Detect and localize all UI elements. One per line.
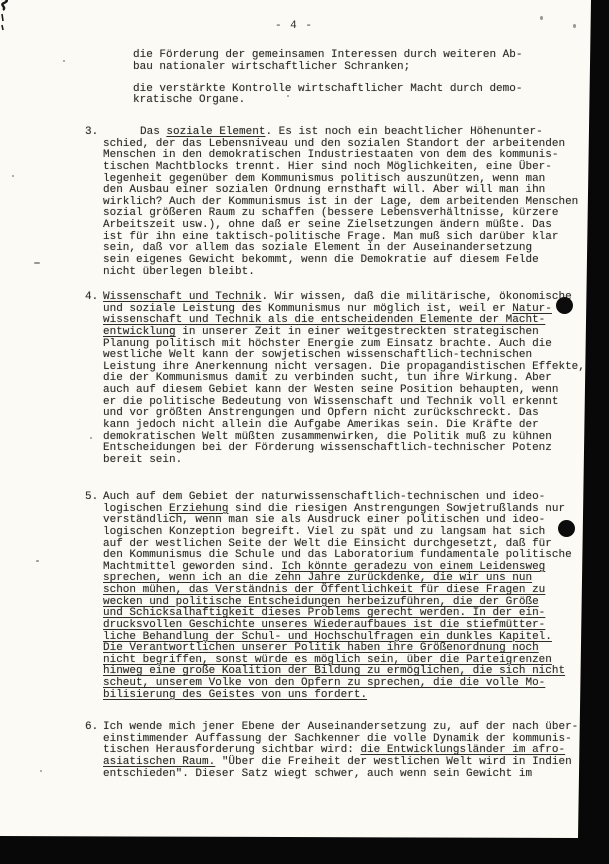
document-page: - 4 - die Förderung der gemeinsamen Inte… xyxy=(0,0,596,840)
item-number: 6. xyxy=(85,722,98,734)
intro-paragraph: die Förderung der gemeinsamen Interessen… xyxy=(133,50,573,73)
text-segment: Machtmittel geworden sind. xyxy=(103,561,281,573)
text-segment: Die Verantwortlichen unserer Politik hab… xyxy=(103,642,539,654)
text-segment: nicht begriffen, sonst würde es möglich … xyxy=(103,654,552,666)
text-line: entschieden". Dieser Satz wiegt schwer, … xyxy=(103,769,589,781)
text-segment: in unserer Zeit in einer weitgestreckten… xyxy=(176,326,539,338)
text-segment: einstimmender Auffassung der Sachkenner … xyxy=(103,733,572,745)
text-segment: Das xyxy=(140,126,166,138)
intro-paragraph: die verstärkte Kontrolle wirtschaftliche… xyxy=(133,84,573,107)
text-segment: demokratischen Welt müßten zusammenwirke… xyxy=(103,431,552,443)
scan-speck xyxy=(90,437,92,439)
text-segment: nicht überlegen bleibt. xyxy=(103,266,255,278)
text-segment: . Wir wissen, daß die militärische, ökon… xyxy=(261,291,571,303)
text-segment: die der Kommunismus damit zu verbinden s… xyxy=(103,372,552,384)
text-segment: asiatischen Raum. xyxy=(103,756,215,768)
text-segment: wecken und politische Entscheidungen her… xyxy=(103,596,539,608)
text-segment: bilisierung des Geistes von uns fordert. xyxy=(103,689,367,701)
scan-speck xyxy=(34,262,40,264)
item-number: 3. xyxy=(85,127,98,139)
text-segment: wirklich? Auch der Kommunismus ist in de… xyxy=(103,196,578,208)
text-segment: den Ausbau einer sozialen Ordnung ernsth… xyxy=(103,184,545,196)
text-segment: . Es ist noch ein beachtlicher Höhenunte… xyxy=(265,126,542,138)
scan-speck xyxy=(12,175,14,177)
text-segment: hinweg eine große Koalition der Bildung … xyxy=(103,665,565,677)
text-segment: verständlich, wenn man sie als Ausdruck … xyxy=(103,514,545,526)
text-line: die Förderung der gemeinsamen Interessen… xyxy=(133,50,573,62)
text-line: kratische Organe. xyxy=(133,95,573,107)
item-body: Ich wende mich jener Ebene der Auseinand… xyxy=(103,722,589,780)
text-segment: schon mühen, das Verständnis der Öffentl… xyxy=(103,584,545,596)
text-segment: wissenschaft und Technik als die entsche… xyxy=(103,314,545,326)
text-segment: Auch auf dem Gebiet der naturwissenschaf… xyxy=(103,491,545,503)
text-segment: kann jedoch nicht allein die Aufgabe Ame… xyxy=(103,419,539,431)
item-number: 5. xyxy=(85,492,98,504)
text-segment: auf der westlichen Seite der Welt die Ei… xyxy=(103,538,552,550)
scan-speck xyxy=(573,24,576,28)
scan-speck xyxy=(36,560,39,562)
text-segment: "Über die Freiheit der westlichen Welt w… xyxy=(215,756,571,768)
text-segment: logischen Konzeption begreift. Viel zu s… xyxy=(103,526,545,538)
text-segment: Planung politisch mit höchster Energie z… xyxy=(103,338,552,350)
handwritten-mark xyxy=(0,0,18,33)
text-segment: ist für ihn eine taktisch-politische Fra… xyxy=(103,231,558,243)
text-segment: sind die riesigen Anstrengungen Sowjetru… xyxy=(228,503,565,515)
text-segment: Erziehung xyxy=(169,503,228,515)
text-segment: und soziale Leistung des Kommunismus nur… xyxy=(103,303,512,315)
text-segment: und vor größten Anstrengungen und Opfern… xyxy=(103,407,539,419)
text-segment: logischen xyxy=(103,503,169,515)
scan-speck xyxy=(40,770,42,772)
item-body: Wissenschaft und Technik. Wir wissen, da… xyxy=(103,292,589,466)
text-segment: bereit sein. xyxy=(103,454,182,466)
filing-dot xyxy=(556,297,573,314)
text-segment: Menschen in den demokratischen Industrie… xyxy=(103,149,558,161)
text-segment: Ich wende mich jener Ebene der Auseinand… xyxy=(103,721,578,733)
text-segment: sprechen, wenn ich an die zehn Jahre zur… xyxy=(103,572,532,584)
text-line: bau nationaler wirtschaftlicher Schranke… xyxy=(133,62,573,74)
text-segment: entwicklung xyxy=(103,326,176,338)
text-segment: Arbeitszeit usw.), ohne daß er seine Zie… xyxy=(103,219,552,231)
text-segment: sein eigenes Gewicht bekommt, wenn die D… xyxy=(103,254,539,266)
text-line: bilisierung des Geistes von uns fordert. xyxy=(103,690,589,702)
text-segment: die Entwicklungsländer im afro- xyxy=(360,744,565,756)
text-segment: entschieden". Dieser Satz wiegt schwer, … xyxy=(103,768,532,780)
text-segment: er die politische Bedeutung von Wissensc… xyxy=(103,396,558,408)
text-segment: westliche Welt kann der sowjetischen wis… xyxy=(103,349,532,361)
text-segment: auch auf diesem Gebiet kann der Westen s… xyxy=(103,384,558,396)
item-number: 4. xyxy=(85,292,98,304)
text-segment: Entscheidungen bei der Förderung wissens… xyxy=(103,442,552,454)
page-number: - 4 - xyxy=(0,21,588,33)
text-segment: Leistung ihre Anerkennung nicht versagen… xyxy=(103,361,585,373)
text-line: nicht überlegen bleibt. xyxy=(103,267,589,279)
text-segment: drucksvollen Geschichte unseres Wiederau… xyxy=(103,619,545,631)
text-segment: soziale Element xyxy=(166,126,265,138)
scan-speck xyxy=(287,95,289,97)
text-segment: tischen Machtblocks trennt. Hier sind no… xyxy=(103,161,552,173)
text-segment: sein, daß vor allem das soziale Element … xyxy=(103,242,532,254)
text-segment: schied, der das Lebensniveau und den soz… xyxy=(103,138,565,150)
text-segment: sozial größeren Raum zu schaffen (besser… xyxy=(103,207,558,219)
scan-speck xyxy=(540,16,543,20)
text-line: bereit sein. xyxy=(103,455,589,467)
text-segment: legenheit gegenüber dem Kommunismus poli… xyxy=(103,173,545,185)
text-segment: Natur- xyxy=(512,303,552,315)
filing-dot xyxy=(558,520,575,537)
text-segment: scheut, unserem Volke von den Opfern zu … xyxy=(103,677,545,689)
scan-speck xyxy=(63,60,65,62)
text-segment: Ich könnte geradezu von einem Leidensweg xyxy=(281,561,545,573)
intro-block: die Förderung der gemeinsamen Interessen… xyxy=(133,50,573,118)
text-segment: Wissenschaft und Technik xyxy=(103,291,261,303)
text-segment: den Kommunismus die Schule und das Labor… xyxy=(103,549,572,561)
text-segment: liche Behandlung der Schul- und Hochschu… xyxy=(103,631,552,643)
item-body: Das soziale Element. Es ist noch ein bea… xyxy=(103,127,589,278)
item-body: Auch auf dem Gebiet der naturwissenschaf… xyxy=(103,492,589,701)
text-segment: und Schicksalhaftigkeit dieses Problems … xyxy=(103,607,545,619)
text-segment: tischen Herausforderung sichtbar wird: xyxy=(103,744,360,756)
